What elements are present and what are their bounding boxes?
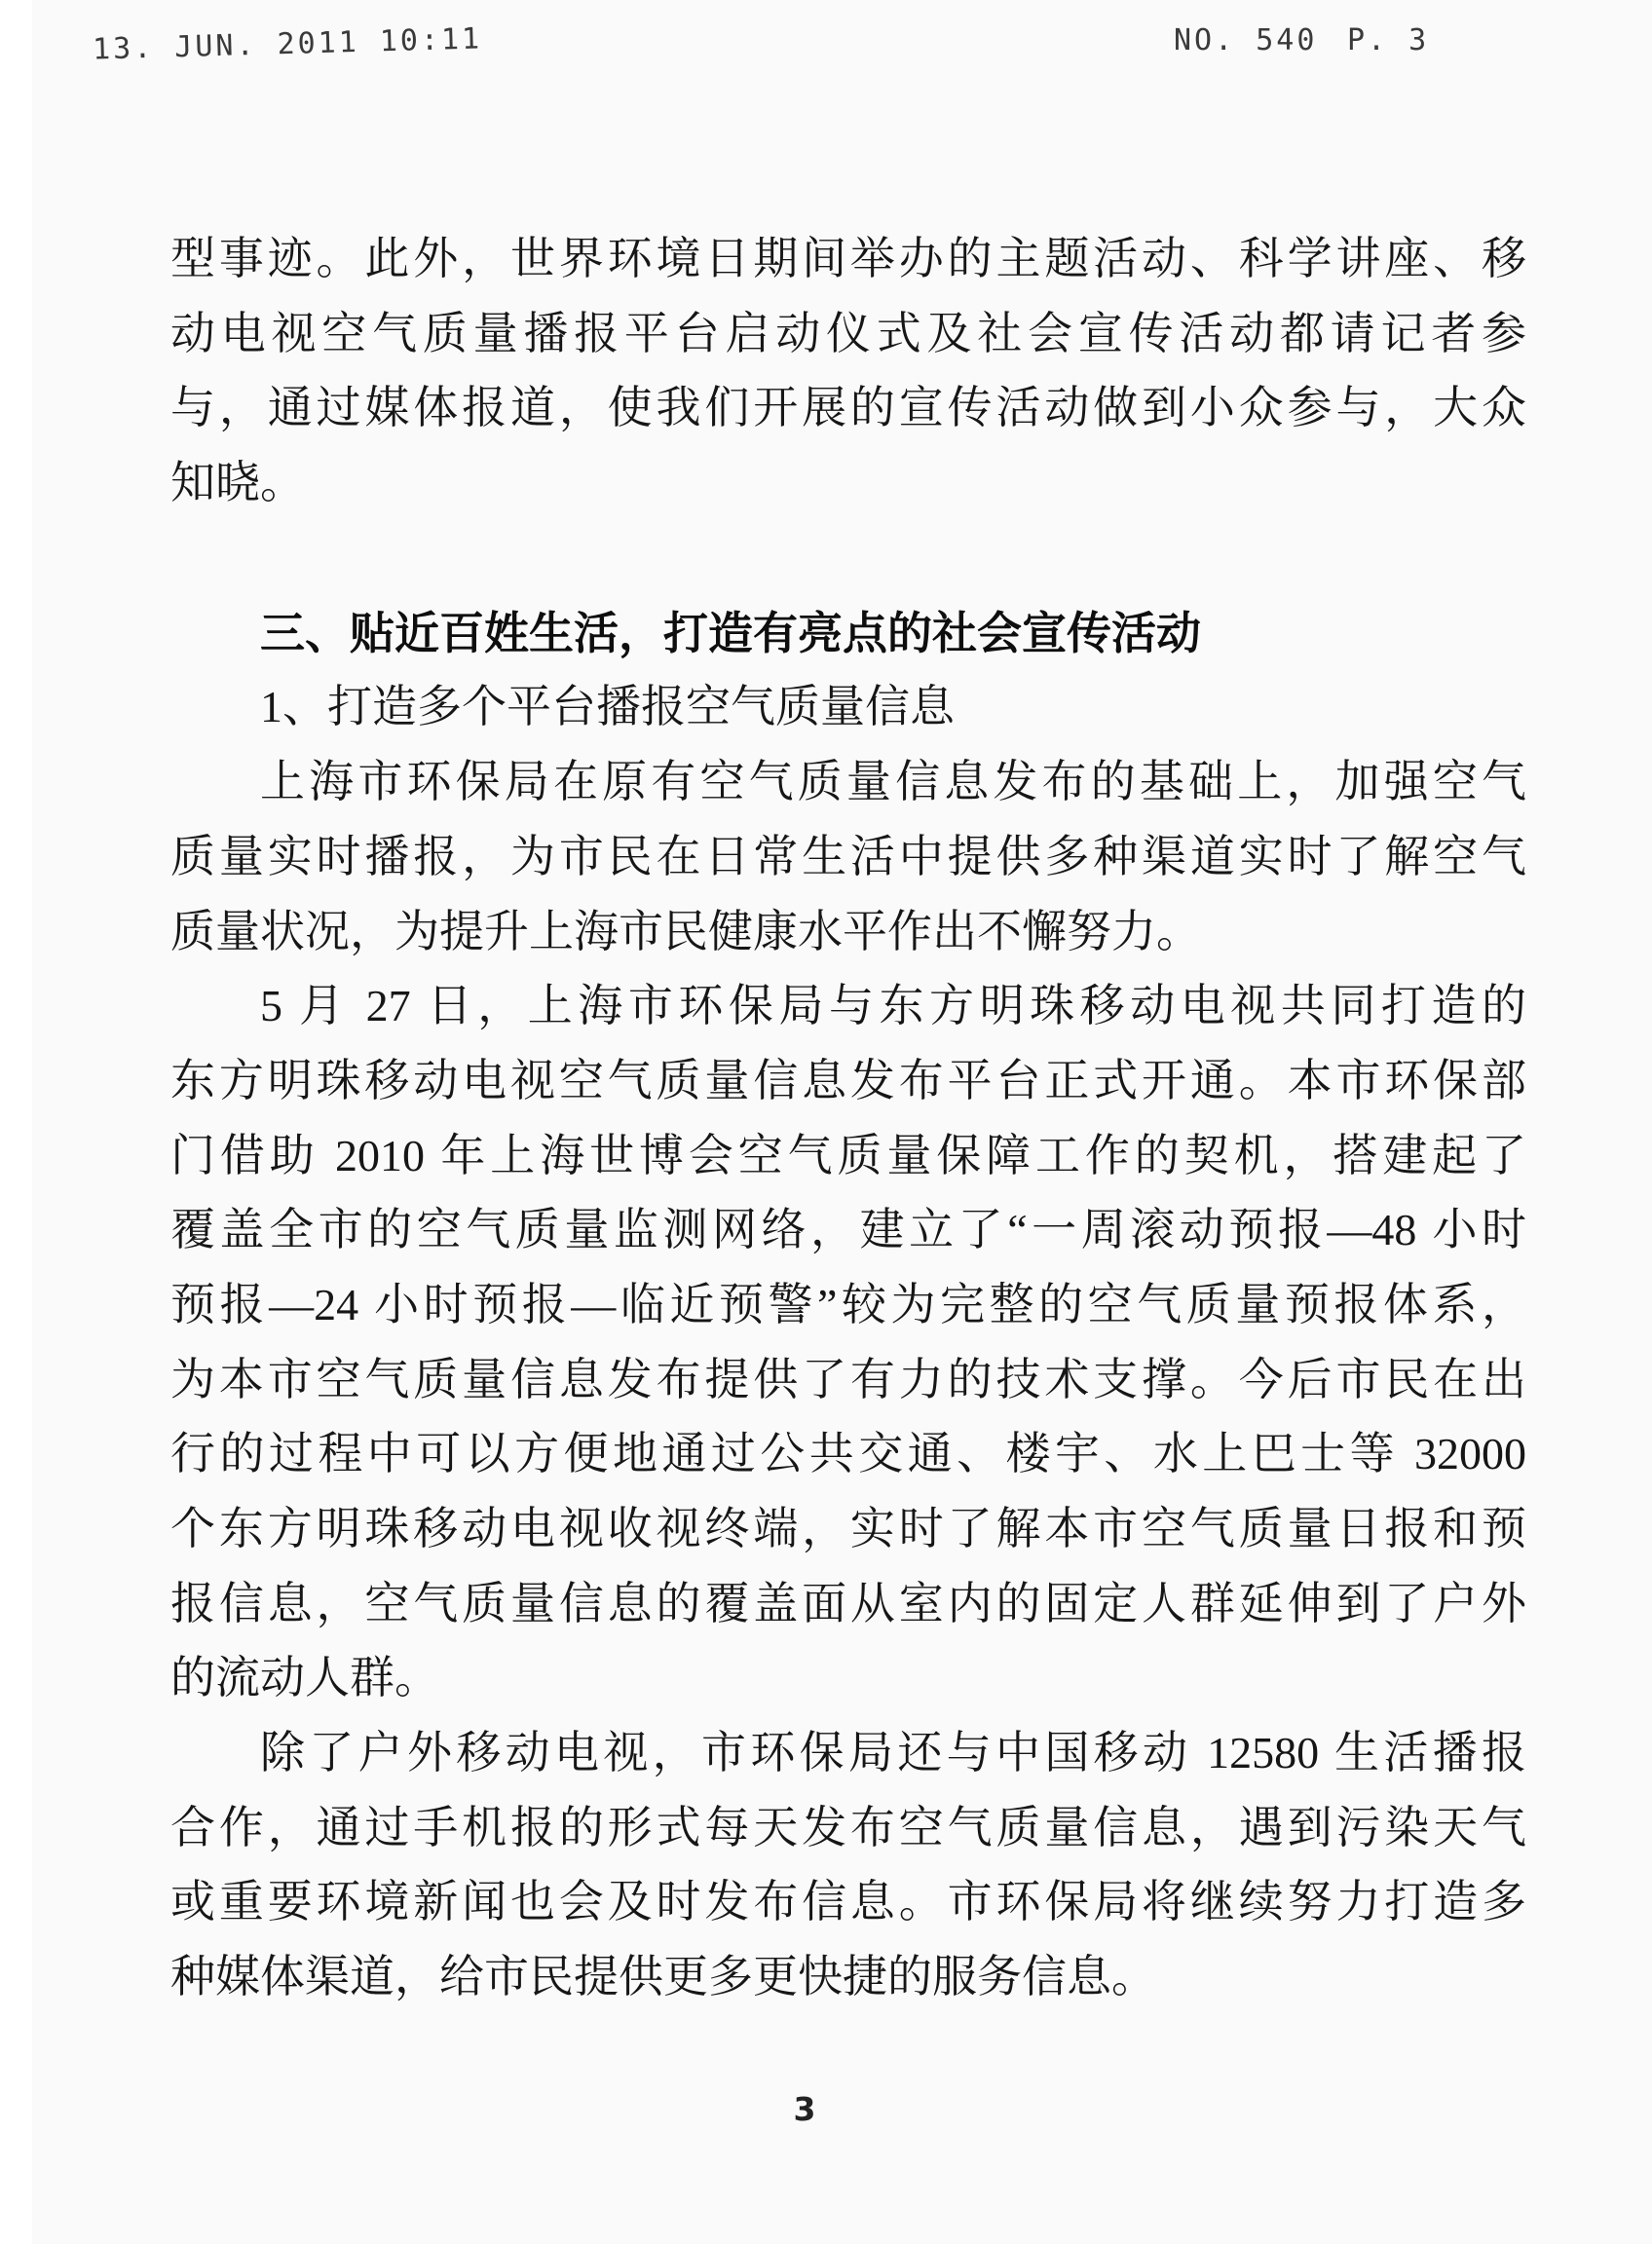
page-number: 3 xyxy=(0,2090,1631,2128)
scan-edge-strip xyxy=(0,0,32,2244)
text-line: 1、打造多个平台播报空气质量信息 xyxy=(170,670,1526,745)
fax-timestamp: 13. JUN. 2011 10:11 xyxy=(93,21,483,66)
text-line: 为本市空气质量信息发布提供了有力的技术支撑。今后市民在出 xyxy=(170,1343,1526,1418)
text-line: 质量实时播报，为市民在日常生活中提供多种渠道实时了解空气 xyxy=(170,820,1526,895)
text-line: 行的过程中可以方便地通过公共交通、楼宇、水上巴士等 32000 xyxy=(170,1417,1526,1492)
paragraph: 型事迹。此外，世界环境日期间举办的主题活动、科学讲座、移动电视空气质量播报平台启… xyxy=(170,222,1526,521)
paragraph: 除了户外移动电视，市环保局还与中国移动 12580 生活播报合作，通过手机报的形… xyxy=(170,1716,1526,2015)
paragraph: 1、打造多个平台播报空气质量信息 xyxy=(170,670,1526,745)
text-line: 门借助 2010 年上海世博会空气质量保障工作的契机，搭建起了 xyxy=(170,1119,1526,1194)
text-line: 东方明珠移动电视空气质量信息发布平台正式开通。本市环保部 xyxy=(170,1044,1526,1119)
document-body: 型事迹。此外，世界环境日期间举办的主题活动、科学讲座、移动电视空气质量播报平台启… xyxy=(170,222,1526,2015)
text-line: 覆盖全市的空气质量监测网络，建立了“一周滚动预报—48 小时 xyxy=(170,1193,1526,1268)
text-line: 知晓。 xyxy=(170,446,1526,521)
text-line: 合作，通过手机报的形式每天发布空气质量信息，遇到污染天气 xyxy=(170,1791,1526,1866)
fax-header: 13. JUN. 2011 10:11 NO. 540 P. 3 xyxy=(0,23,1652,82)
text-line: 除了户外移动电视，市环保局还与中国移动 12580 生活播报 xyxy=(170,1716,1526,1791)
text-line: 5 月 27 日，上海市环保局与东方明珠移动电视共同打造的 xyxy=(170,969,1526,1044)
text-line: 预报—24 小时预报—临近预警”较为完整的空气质量预报体系， xyxy=(170,1268,1526,1343)
text-line: 三、贴近百姓生活，打造有亮点的社会宣传活动 xyxy=(170,596,1526,671)
text-line: 的流动人群。 xyxy=(170,1641,1526,1716)
paragraph: 上海市环保局在原有空气质量信息发布的基础上，加强空气质量实时播报，为市民在日常生… xyxy=(170,745,1526,969)
section-heading: 三、贴近百姓生活，打造有亮点的社会宣传活动 xyxy=(170,596,1526,671)
fax-page-indicator: P. 3 xyxy=(1347,23,1429,57)
text-line: 动电视空气质量播报平台启动仪式及社会宣传活动都请记者参 xyxy=(170,297,1526,372)
fax-number: NO. 540 xyxy=(1174,23,1317,57)
text-line: 种媒体渠道，给市民提供更多更快捷的服务信息。 xyxy=(170,1940,1526,2015)
text-line: 个东方明珠移动电视收视终端，实时了解本市空气质量日报和预 xyxy=(170,1492,1526,1567)
fax-scanned-page: 13. JUN. 2011 10:11 NO. 540 P. 3 型事迹。此外，… xyxy=(0,0,1652,2244)
text-line: 报信息，空气质量信息的覆盖面从室内的固定人群延伸到了户外 xyxy=(170,1567,1526,1642)
text-line: 型事迹。此外，世界环境日期间举办的主题活动、科学讲座、移 xyxy=(170,222,1526,297)
paragraph: 5 月 27 日，上海市环保局与东方明珠移动电视共同打造的东方明珠移动电视空气质… xyxy=(170,969,1526,1716)
text-line: 或重要环境新闻也会及时发布信息。市环保局将继续努力打造多 xyxy=(170,1865,1526,1940)
text-line: 上海市环保局在原有空气质量信息发布的基础上，加强空气 xyxy=(170,745,1526,820)
text-line: 与，通过媒体报道，使我们开展的宣传活动做到小众参与，大众 xyxy=(170,371,1526,446)
text-line: 质量状况，为提升上海市民健康水平作出不懈努力。 xyxy=(170,895,1526,970)
